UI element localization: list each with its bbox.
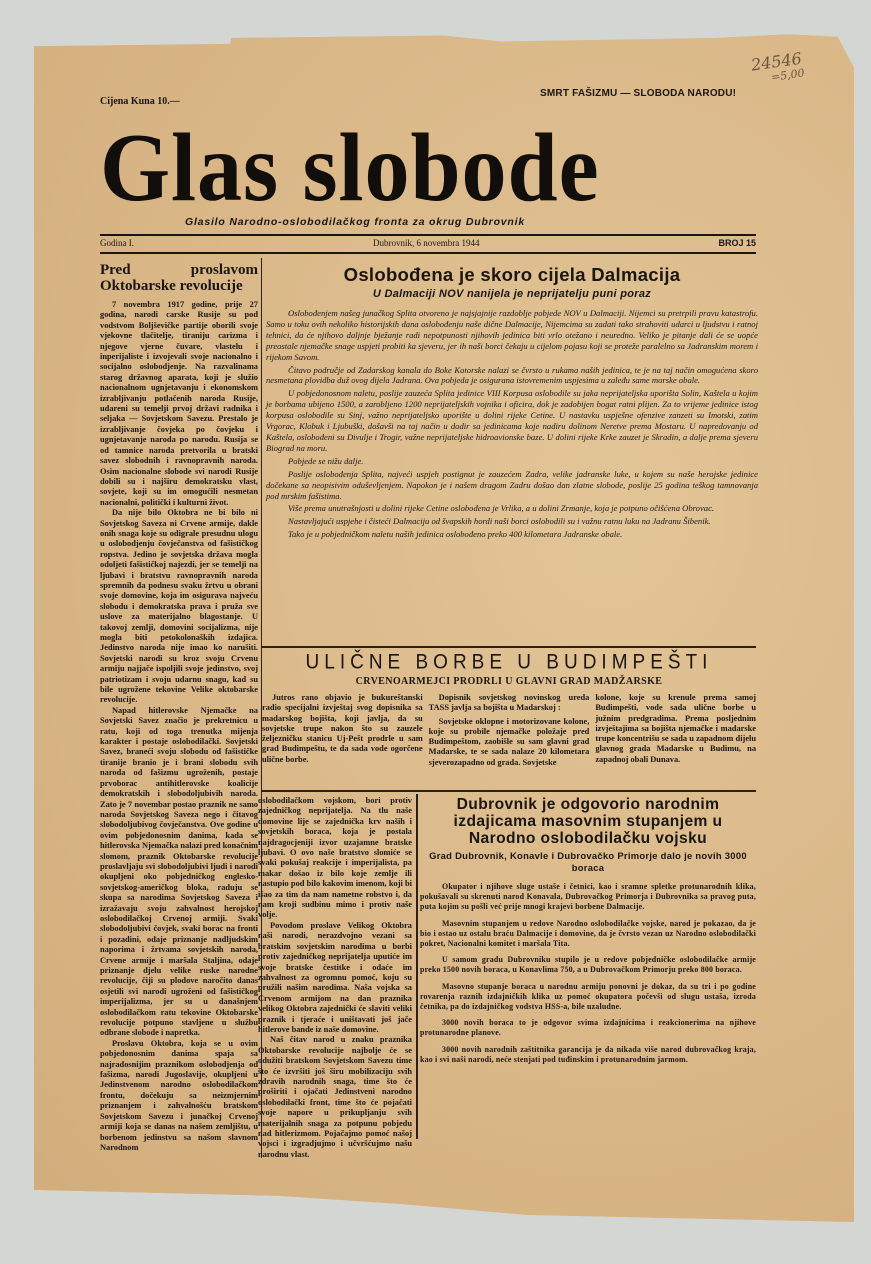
article-budapest: ULIČNE BORBE U BUDIMPEŠTI CRVENOARMEJCI … <box>262 652 756 771</box>
article-paragraph: Više prema unutrašnjosti u dolini rijeke… <box>266 503 758 514</box>
article-subtitle: Grad Dubrovnik, Konavle i Dubrovačko Pri… <box>420 850 756 874</box>
article-october-revolution: Pred proslavom Oktobarske revolucije 7 n… <box>100 262 258 1152</box>
article-paragraph: Povodom proslave Velikog Oktobra naši na… <box>258 921 412 1035</box>
article-paragraph: 3000 novih narodnih zaštitnika garancija… <box>420 1045 756 1065</box>
article-october-continuation: oslobodilačkom vojskom, bori protiv zaje… <box>258 796 412 1160</box>
article-dalmacija: Oslobođena je skoro cijela Dalmacija U D… <box>266 264 758 542</box>
article-subtitle: CRVENOARMEJCI PRODRLI U GLAVNI GRAD MADŽ… <box>262 676 756 687</box>
article-paragraph: Oslobođenjem našeg junačkog Splita otvor… <box>266 308 758 363</box>
article-paragraph: kolone, koje su krenule prema samoj Budi… <box>595 693 756 765</box>
article-paragraph: Okupator i njihove sluge ustaše i četnic… <box>420 882 756 913</box>
article-paragraph: Proslavu Oktobra, koja se u ovim pobjedo… <box>100 1039 258 1152</box>
article-title: Pred proslavom Oktobarske revolucije <box>100 262 258 294</box>
article-paragraph: 7 novembra 1917 godine, prije 27 godina,… <box>100 300 258 508</box>
article-column: kolone, koje su krenule prema samoj Budi… <box>595 693 756 771</box>
article-paragraph: Pobjede se nižu dalje. <box>266 456 758 467</box>
volume-label: Godina I. <box>100 238 134 248</box>
issue-number: BROJ 15 <box>718 238 756 248</box>
section-divider <box>262 646 756 648</box>
article-title: Dubrovnik je odgovorio narodnim izdajica… <box>420 796 756 847</box>
article-paragraph: Jutros rano objavio je bukureštanski rad… <box>262 693 423 765</box>
article-title: ULIČNE BORBE U BUDIMPEŠTI <box>262 651 756 675</box>
masthead-title: Glas slobode <box>100 118 600 218</box>
masthead-subtitle: Glasilo Narodno-oslobodilačkog fronta za… <box>185 216 525 228</box>
issue-date: Dubrovnik, 6 novembra 1944 <box>373 238 479 248</box>
motto: SMRT FAŠIZMU — SLOBODA NARODU! <box>540 88 736 99</box>
article-paragraph: Dopisnik sovjetskog novinskog ureda TASS… <box>429 693 590 714</box>
article-paragraph: Nastavljajući uspjehe i čisteći Dalmacij… <box>266 516 758 527</box>
masthead-rule-top <box>100 234 756 236</box>
article-paragraph: U pobjedonosnom naletu, poslije zauzeća … <box>266 388 758 453</box>
article-dubrovnik: Dubrovnik je odgovorio narodnim izdajica… <box>420 796 756 1071</box>
article-paragraph: Čitavo područje od Zadarskog kanala do B… <box>266 365 758 387</box>
issue-info-bar: Godina I. Dubrovnik, 6 novembra 1944 BRO… <box>100 238 756 248</box>
article-paragraph: 3000 novih boraca to je odgovor svima iz… <box>420 1018 756 1038</box>
article-paragraph: U samom gradu Dubrovniku stupilo je u re… <box>420 955 756 975</box>
column-divider-right <box>416 794 418 1139</box>
article-paragraph: Masovno stupanje boraca u narodnu armiju… <box>420 982 756 1013</box>
article-paragraph: Napad hitlerovske Njemačke na Sovjetski … <box>100 706 258 1039</box>
article-paragraph: Naš čitav narod u znaku praznika Oktobar… <box>258 1035 412 1160</box>
article-paragraph: Sovjetske oklopne i motorizovane kolone,… <box>429 717 590 768</box>
section-divider <box>262 790 756 792</box>
article-paragraph: Tako je u pobjedničkom naletu naših jedi… <box>266 529 758 540</box>
price-label: Cijena Kuna 10.— <box>100 96 180 107</box>
article-paragraph: Poslije oslobođenja Splita, najveći uspj… <box>266 469 758 502</box>
article-paragraph: Da nije bilo Oktobra ne bi bilo ni Sovje… <box>100 508 258 706</box>
article-title: Oslobođena je skoro cijela Dalmacija <box>266 264 758 286</box>
masthead-rule-bottom <box>100 252 756 254</box>
article-paragraph: Masovnim stupanjem u redove Narodno oslo… <box>420 919 756 950</box>
article-paragraph: oslobodilačkom vojskom, bori protiv zaje… <box>258 796 412 921</box>
article-subtitle: U Dalmaciji NOV nanijela je neprijatelju… <box>266 288 758 300</box>
article-column: Dopisnik sovjetskog novinskog ureda TASS… <box>429 693 590 771</box>
article-column: Jutros rano objavio je bukureštanski rad… <box>262 693 423 771</box>
